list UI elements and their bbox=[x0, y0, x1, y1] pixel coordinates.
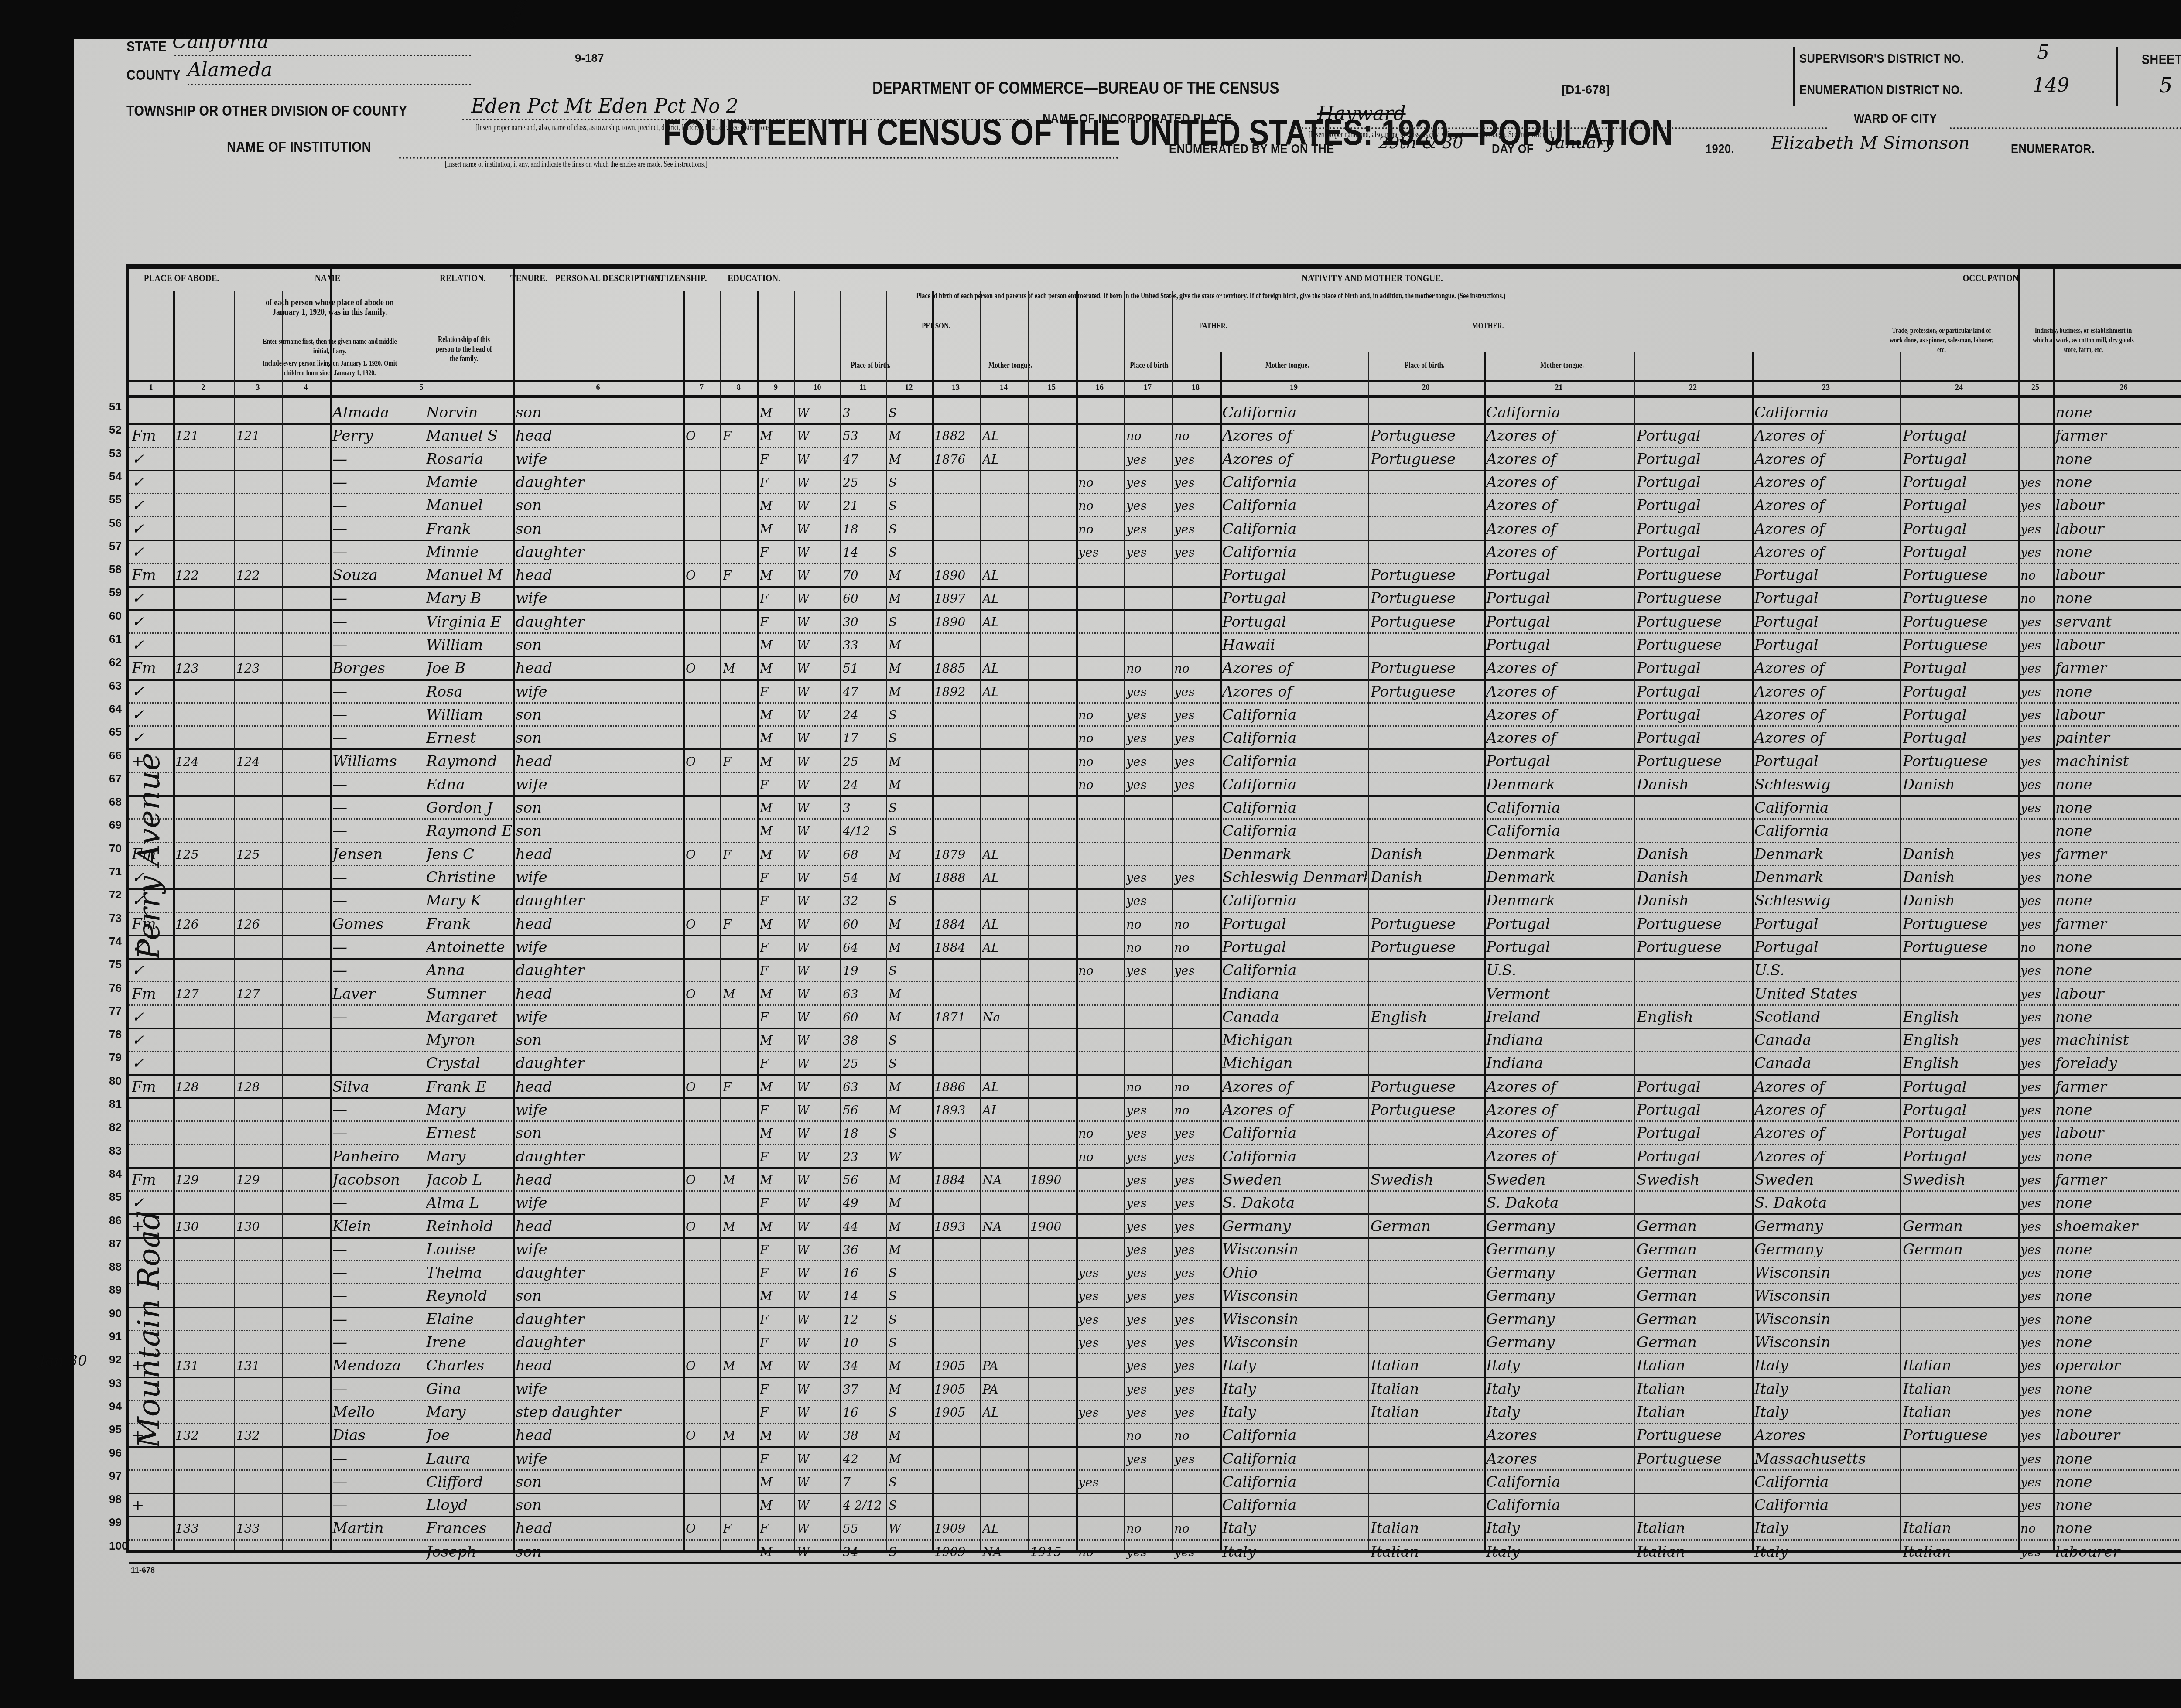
cell-sex: F bbox=[760, 1307, 793, 1330]
cell-read bbox=[1126, 400, 1171, 423]
cell-age: 25 bbox=[843, 749, 885, 772]
cell-tongue bbox=[1371, 1120, 1483, 1144]
cell-pob: Azores of bbox=[1222, 423, 1367, 446]
cell-owned bbox=[723, 1493, 756, 1516]
line-number: 65 bbox=[109, 725, 122, 739]
cell-nat bbox=[982, 1330, 1027, 1353]
cell-natyr bbox=[1030, 1493, 1075, 1516]
cell-fpob: Azores of bbox=[1486, 470, 1633, 493]
cell-marital: S bbox=[889, 1307, 931, 1330]
cell-pob: Hawaii bbox=[1222, 632, 1367, 656]
cell-school bbox=[1078, 1051, 1123, 1074]
cell-given: Manuel bbox=[426, 493, 513, 516]
cell-house: 121 bbox=[175, 423, 233, 446]
cell-read bbox=[1126, 563, 1171, 586]
cell-marital: M bbox=[889, 912, 931, 935]
enumerated-label: ENUMERATED BY ME ON THE bbox=[1169, 142, 1334, 157]
cell-trade: none bbox=[2055, 1237, 2181, 1260]
cell-age: 24 bbox=[843, 702, 885, 725]
cell-race: W bbox=[797, 1516, 839, 1539]
cell-school bbox=[1078, 1493, 1123, 1516]
cell-fpob: California bbox=[1486, 818, 1633, 841]
cell-age: 70 bbox=[843, 563, 885, 586]
cell-given: Jacob L bbox=[426, 1167, 513, 1190]
cell-owned: M bbox=[723, 656, 756, 679]
column-number: 23 bbox=[1752, 383, 1900, 392]
cell-race: W bbox=[797, 865, 839, 888]
cell-marital: M bbox=[889, 1353, 931, 1376]
cell-surname: — bbox=[332, 679, 424, 702]
column-number: 18 bbox=[1172, 383, 1220, 392]
cell-nat bbox=[982, 818, 1027, 841]
cell-natyr bbox=[1030, 1028, 1075, 1051]
cell-sex: M bbox=[760, 702, 793, 725]
column-divider bbox=[173, 291, 175, 1550]
cell-given: Thelma bbox=[426, 1260, 513, 1283]
line-number: 56 bbox=[109, 516, 122, 530]
column-divider bbox=[1752, 352, 1754, 1550]
cell-ftongue: Italian bbox=[1637, 1377, 1751, 1400]
cell-race: W bbox=[797, 749, 839, 772]
cell-pob: California bbox=[1222, 818, 1367, 841]
line-number: 79 bbox=[109, 1051, 122, 1064]
cell-natyr bbox=[1030, 912, 1075, 935]
cell-nat bbox=[982, 1307, 1027, 1330]
table-row: ✓—Virginia EdaughterFW30S1890ALPortugalP… bbox=[129, 609, 2181, 634]
cell-tongue bbox=[1371, 632, 1483, 656]
cell-mtongue: Portugal bbox=[1903, 493, 2017, 516]
column-number: 1 bbox=[129, 383, 173, 392]
cell-tongue: Italian bbox=[1371, 1516, 1483, 1539]
cell-house bbox=[175, 1307, 233, 1330]
cell-surname: Almada bbox=[332, 400, 424, 423]
cell-dwelling bbox=[236, 540, 281, 563]
cell-english: yes bbox=[2020, 1028, 2052, 1051]
cell-tongue bbox=[1371, 493, 1483, 516]
cell-mtongue: German bbox=[1903, 1237, 2017, 1260]
cell-race: W bbox=[797, 1190, 839, 1213]
cell-english: yes bbox=[2020, 540, 2052, 563]
cell-write bbox=[1174, 632, 1219, 656]
cell-owned bbox=[723, 400, 756, 423]
cell-mtongue: Portugal bbox=[1903, 702, 2017, 725]
cell-mpob: Azores of bbox=[1754, 540, 1899, 563]
cell-nat: AL bbox=[982, 1400, 1027, 1423]
cell-fpob: Portugal bbox=[1486, 749, 1633, 772]
cell-pob: California bbox=[1222, 1493, 1367, 1516]
column-divider bbox=[513, 269, 515, 1550]
cell-trade: farmer bbox=[2055, 1074, 2181, 1097]
cell-tongue: Portuguese bbox=[1371, 423, 1483, 446]
column-divider bbox=[1368, 352, 1369, 1550]
cell-trade: painter bbox=[2055, 725, 2181, 748]
cell-english bbox=[2020, 423, 2052, 446]
cell-mtongue bbox=[1903, 1330, 2017, 1353]
cell-house bbox=[175, 1260, 233, 1283]
cell-race: W bbox=[797, 1004, 839, 1028]
cell-pob: California bbox=[1222, 493, 1367, 516]
cell-school: no bbox=[1078, 772, 1123, 795]
cell-sex: F bbox=[760, 888, 793, 911]
cell-street: ✓ bbox=[132, 493, 172, 516]
line-number: 63 bbox=[109, 679, 122, 693]
cell-home bbox=[686, 1004, 719, 1028]
cell-dwelling bbox=[236, 1469, 281, 1493]
cell-imm bbox=[934, 493, 979, 516]
column-number: 25 bbox=[2018, 383, 2053, 392]
cell-surname: — bbox=[332, 1260, 424, 1283]
cell-imm bbox=[934, 1120, 979, 1144]
cell-house: 128 bbox=[175, 1074, 233, 1097]
table-row: ✓—Alma LwifeFW49MyesyesS. DakotaS. Dakot… bbox=[129, 1190, 2181, 1215]
cell-age: 24 bbox=[843, 772, 885, 795]
cell-school bbox=[1078, 632, 1123, 656]
line-number: 85 bbox=[109, 1190, 122, 1204]
cell-natyr bbox=[1030, 1190, 1075, 1213]
cell-ftongue bbox=[1637, 1469, 1751, 1493]
cell-fpob: Italy bbox=[1486, 1400, 1633, 1423]
mother-pob-heading: Place of birth. bbox=[1365, 361, 1484, 370]
cell-trade: machinist bbox=[2055, 749, 2181, 772]
cell-imm: 1884 bbox=[934, 1167, 979, 1190]
cell-surname: — bbox=[332, 1283, 424, 1306]
cell-sex: M bbox=[760, 1469, 793, 1493]
cell-pob: Canada bbox=[1222, 1004, 1367, 1028]
cell-school bbox=[1078, 1167, 1123, 1190]
cell-mtongue: Italian bbox=[1903, 1353, 2017, 1376]
cell-mpob: Azores of bbox=[1754, 1144, 1899, 1167]
cell-tongue: Italian bbox=[1371, 1353, 1483, 1376]
cell-home bbox=[686, 1493, 719, 1516]
line-number: 87 bbox=[109, 1237, 122, 1250]
mother-heading: MOTHER. bbox=[1378, 321, 1598, 331]
cell-street: ✓ bbox=[132, 958, 172, 981]
cell-marital: W bbox=[889, 1144, 931, 1167]
column-number: 17 bbox=[1124, 383, 1172, 392]
cell-mtongue: Danish bbox=[1903, 842, 2017, 865]
cell-given: Gina bbox=[426, 1377, 513, 1400]
table-row: ✓—ChristinewifeFW54M1888ALyesyesSchleswi… bbox=[129, 865, 2181, 890]
line-number: 59 bbox=[109, 586, 122, 599]
column-number: 2 bbox=[173, 383, 234, 392]
cell-write: yes bbox=[1174, 1353, 1219, 1376]
line-number: 53 bbox=[109, 447, 122, 460]
cell-dwelling bbox=[236, 795, 281, 818]
cell-imm bbox=[934, 702, 979, 725]
cell-nat bbox=[982, 493, 1027, 516]
cell-mtongue: Swedish bbox=[1903, 1167, 2017, 1190]
cell-ftongue: Portugal bbox=[1637, 516, 1751, 540]
cell-given: Sumner bbox=[426, 981, 513, 1004]
cell-surname: — bbox=[332, 958, 424, 981]
cell-pob: California bbox=[1222, 516, 1367, 540]
cell-trade: none bbox=[2055, 865, 2181, 888]
cell-english: yes bbox=[2020, 1307, 2052, 1330]
cell-imm bbox=[934, 540, 979, 563]
cell-dwelling bbox=[236, 1493, 281, 1516]
cell-ftongue: Portugal bbox=[1637, 1120, 1751, 1144]
cell-read bbox=[1126, 1004, 1171, 1028]
cell-owned: F bbox=[723, 842, 756, 865]
line-number: 98 bbox=[109, 1493, 122, 1506]
census-table: PLACE OF ABODE. NAME RELATION. TENURE. P… bbox=[126, 264, 2181, 1553]
cell-race: W bbox=[797, 1469, 839, 1493]
cell-given: Mary bbox=[426, 1097, 513, 1120]
cell-trade: none bbox=[2055, 1307, 2181, 1330]
cell-fpob: Azores of bbox=[1486, 540, 1633, 563]
cell-dwelling bbox=[236, 702, 281, 725]
line-number: 69 bbox=[109, 818, 122, 832]
table-row: Fm121121PerryManuel SheadOFMW53M1882ALno… bbox=[129, 423, 2181, 447]
column-divider bbox=[840, 291, 841, 1550]
cell-race: W bbox=[797, 516, 839, 540]
cell-house bbox=[175, 1469, 233, 1493]
cell-relation: daughter bbox=[516, 1144, 682, 1167]
cell-fpob: Azores of bbox=[1486, 493, 1633, 516]
cell-school bbox=[1078, 656, 1123, 679]
cell-english: yes bbox=[2020, 1051, 2052, 1074]
cell-mpob: Massachusetts bbox=[1754, 1446, 1899, 1469]
cell-house bbox=[175, 609, 233, 632]
cell-read: yes bbox=[1126, 1120, 1171, 1144]
department-title: DEPARTMENT OF COMMERCE—BUREAU OF THE CEN… bbox=[872, 79, 1279, 98]
cell-imm bbox=[934, 1283, 979, 1306]
cell-home bbox=[686, 540, 719, 563]
cell-imm bbox=[934, 1144, 979, 1167]
cell-home: O bbox=[686, 842, 719, 865]
cell-ftongue: Portugal bbox=[1637, 702, 1751, 725]
cell-dwelling bbox=[236, 1283, 281, 1306]
cell-mtongue bbox=[1903, 1446, 2017, 1469]
cell-imm: 1893 bbox=[934, 1214, 979, 1237]
cell-given: Raymond bbox=[426, 749, 513, 772]
cell-nat bbox=[982, 772, 1027, 795]
cell-marital: S bbox=[889, 888, 931, 911]
cell-write: yes bbox=[1174, 1144, 1219, 1167]
cell-marital: M bbox=[889, 423, 931, 446]
cell-sex: F bbox=[760, 1237, 793, 1260]
cell-sex: F bbox=[760, 1260, 793, 1283]
cell-age: 3 bbox=[843, 795, 885, 818]
cell-marital: S bbox=[889, 470, 931, 493]
cell-mtongue bbox=[1903, 981, 2017, 1004]
cell-pob: Italy bbox=[1222, 1539, 1367, 1562]
cell-english: no bbox=[2020, 935, 2052, 958]
cell-sex: M bbox=[760, 725, 793, 748]
cell-fpob: Vermont bbox=[1486, 981, 1633, 1004]
institution-underline bbox=[399, 157, 1119, 159]
cell-nat bbox=[982, 516, 1027, 540]
column-divider bbox=[886, 291, 887, 1550]
column-divider bbox=[720, 291, 721, 1550]
cell-relation: son bbox=[516, 1469, 682, 1493]
cell-mpob: Germany bbox=[1754, 1237, 1899, 1260]
cell-mpob: California bbox=[1754, 818, 1899, 841]
column-divider bbox=[2018, 269, 2020, 1550]
cell-age: 54 bbox=[843, 865, 885, 888]
cell-nat: AL bbox=[982, 656, 1027, 679]
cell-mpob: Portugal bbox=[1754, 632, 1899, 656]
cell-english: yes bbox=[2020, 981, 2052, 1004]
cell-relation: head bbox=[516, 912, 682, 935]
column-divider bbox=[234, 291, 235, 1550]
cell-read bbox=[1126, 981, 1171, 1004]
table-row: MelloMarystep daughterFW16S1905ALyesyesy… bbox=[129, 1400, 2181, 1424]
cell-marital: S bbox=[889, 1120, 931, 1144]
cell-relation: son bbox=[516, 1539, 682, 1562]
cell-street: ✓ bbox=[132, 702, 172, 725]
cell-sex: F bbox=[760, 1190, 793, 1213]
cell-imm: 1905 bbox=[934, 1400, 979, 1423]
cell-sex: M bbox=[760, 1074, 793, 1097]
cell-natyr bbox=[1030, 1423, 1075, 1446]
cell-race: W bbox=[797, 1400, 839, 1423]
cell-mpob: Azores of bbox=[1754, 679, 1899, 702]
line-number: 61 bbox=[109, 632, 122, 646]
cell-house bbox=[175, 702, 233, 725]
line-number: 96 bbox=[109, 1446, 122, 1460]
cell-street: Fm bbox=[132, 656, 172, 679]
cell-mpob: Italy bbox=[1754, 1516, 1899, 1539]
cell-imm bbox=[934, 958, 979, 981]
cell-given: Mamie bbox=[426, 470, 513, 493]
cell-owned bbox=[723, 609, 756, 632]
cell-write: yes bbox=[1174, 1400, 1219, 1423]
column-number: 19 bbox=[1220, 383, 1368, 392]
cell-nat: AL bbox=[982, 1516, 1027, 1539]
cell-trade: none bbox=[2055, 1190, 2181, 1213]
cell-owned: F bbox=[723, 423, 756, 446]
cell-ftongue: Italian bbox=[1637, 1400, 1751, 1423]
cell-home bbox=[686, 865, 719, 888]
line-number: 66 bbox=[109, 749, 122, 762]
cell-race: W bbox=[797, 447, 839, 470]
cell-imm bbox=[934, 981, 979, 1004]
cell-mtongue: German bbox=[1903, 1214, 2017, 1237]
cell-home bbox=[686, 1190, 719, 1213]
cell-marital: M bbox=[889, 772, 931, 795]
cell-write: yes bbox=[1174, 1214, 1219, 1237]
line-number: 72 bbox=[109, 888, 122, 902]
table-row: —LouisewifeFW36MyesyesWisconsinGermanyGe… bbox=[129, 1237, 2181, 1261]
cell-mpob: Canada bbox=[1754, 1028, 1899, 1051]
cell-ftongue: Portugal bbox=[1637, 725, 1751, 748]
line-number: 54 bbox=[109, 470, 122, 483]
cell-school: no bbox=[1078, 470, 1123, 493]
cell-read: yes bbox=[1126, 958, 1171, 981]
cell-ftongue: German bbox=[1637, 1283, 1751, 1306]
cell-trade: none bbox=[2055, 1004, 2181, 1028]
cell-natyr bbox=[1030, 1260, 1075, 1283]
cell-dwelling bbox=[236, 1330, 281, 1353]
cell-dwelling bbox=[236, 772, 281, 795]
cell-house bbox=[175, 1330, 233, 1353]
mother-tongue-heading: Mother tongue. bbox=[1511, 361, 1613, 370]
table-row: ✓—AntoinettewifeFW64M1884ALnonoPortugalP… bbox=[129, 935, 2181, 960]
cell-age: 56 bbox=[843, 1097, 885, 1120]
cell-pob: California bbox=[1222, 1469, 1367, 1493]
cell-mpob: Canada bbox=[1754, 1051, 1899, 1074]
cell-dwelling bbox=[236, 586, 281, 609]
cell-surname: Borges bbox=[332, 656, 424, 679]
cell-street: Fm bbox=[132, 1167, 172, 1190]
cell-nat: NA bbox=[982, 1214, 1027, 1237]
cell-age: 3 bbox=[843, 400, 885, 423]
cell-owned bbox=[723, 1028, 756, 1051]
cell-marital: S bbox=[889, 1283, 931, 1306]
cell-dwelling bbox=[236, 470, 281, 493]
cell-race: W bbox=[797, 1120, 839, 1144]
cell-ftongue: Portuguese bbox=[1637, 1446, 1751, 1469]
cell-natyr: 1915 bbox=[1030, 1539, 1075, 1562]
cell-dwelling: 126 bbox=[236, 912, 281, 935]
cell-home bbox=[686, 1097, 719, 1120]
cell-owned bbox=[723, 958, 756, 981]
cell-trade: farmer bbox=[2055, 912, 2181, 935]
cell-relation: head bbox=[516, 656, 682, 679]
cell-mtongue: Italian bbox=[1903, 1539, 2017, 1562]
cell-street: ✓ bbox=[132, 516, 172, 540]
cell-english bbox=[2020, 818, 2052, 841]
cell-relation: son bbox=[516, 1283, 682, 1306]
cell-sex: M bbox=[760, 795, 793, 818]
cell-tongue bbox=[1371, 1237, 1483, 1260]
line-number: 100 bbox=[109, 1539, 128, 1553]
cell-surname: Gomes bbox=[332, 912, 424, 935]
cell-imm: 1882 bbox=[934, 423, 979, 446]
cell-trade: none bbox=[2055, 470, 2181, 493]
cell-relation: wife bbox=[516, 1446, 682, 1469]
cell-english: yes bbox=[2020, 1353, 2052, 1376]
cell-nat: PA bbox=[982, 1353, 1027, 1376]
cell-natyr bbox=[1030, 702, 1075, 725]
cell-marital: M bbox=[889, 586, 931, 609]
cell-surname: — bbox=[332, 1330, 424, 1353]
line-number: 93 bbox=[109, 1377, 122, 1390]
column-divider bbox=[2053, 269, 2055, 1550]
cell-imm: 1909 bbox=[934, 1539, 979, 1562]
cell-surname: Silva bbox=[332, 1074, 424, 1097]
cell-tongue: Italian bbox=[1371, 1539, 1483, 1562]
cell-age: 53 bbox=[843, 423, 885, 446]
cell-imm: 1897 bbox=[934, 586, 979, 609]
cell-dwelling: 121 bbox=[236, 423, 281, 446]
cell-tongue bbox=[1371, 702, 1483, 725]
cell-trade: labour bbox=[2055, 702, 2181, 725]
cell-age: 4/12 bbox=[843, 818, 885, 841]
cell-trade: farmer bbox=[2055, 423, 2181, 446]
table-row: —GinawifeFW37M1905PAyesyesItalyItalianIt… bbox=[129, 1377, 2181, 1401]
cell-trade: none bbox=[2055, 795, 2181, 818]
table-row: —LaurawifeFW42MyesyesCaliforniaAzoresPor… bbox=[129, 1446, 2181, 1471]
cell-imm: 1876 bbox=[934, 447, 979, 470]
cell-house bbox=[175, 1051, 233, 1074]
cell-tongue bbox=[1371, 888, 1483, 911]
table-row: —EdnawifeFW24MnoyesyesCaliforniaDenmarkD… bbox=[129, 772, 2181, 797]
cell-pob: California bbox=[1222, 702, 1367, 725]
cell-pob: Ohio bbox=[1222, 1260, 1367, 1283]
enumerator-name: Elizabeth M Simonson bbox=[1771, 133, 1970, 153]
cell-race: W bbox=[797, 493, 839, 516]
cell-age: 7 bbox=[843, 1469, 885, 1493]
cell-marital: M bbox=[889, 749, 931, 772]
cell-imm: 1871 bbox=[934, 1004, 979, 1028]
line-number: 82 bbox=[109, 1120, 122, 1134]
cell-tongue: Portuguese bbox=[1371, 563, 1483, 586]
table-row: +130130KleinReinholdheadOMMW44M1893NA190… bbox=[129, 1214, 2181, 1239]
cell-imm bbox=[934, 1260, 979, 1283]
cell-read: yes bbox=[1126, 1377, 1171, 1400]
